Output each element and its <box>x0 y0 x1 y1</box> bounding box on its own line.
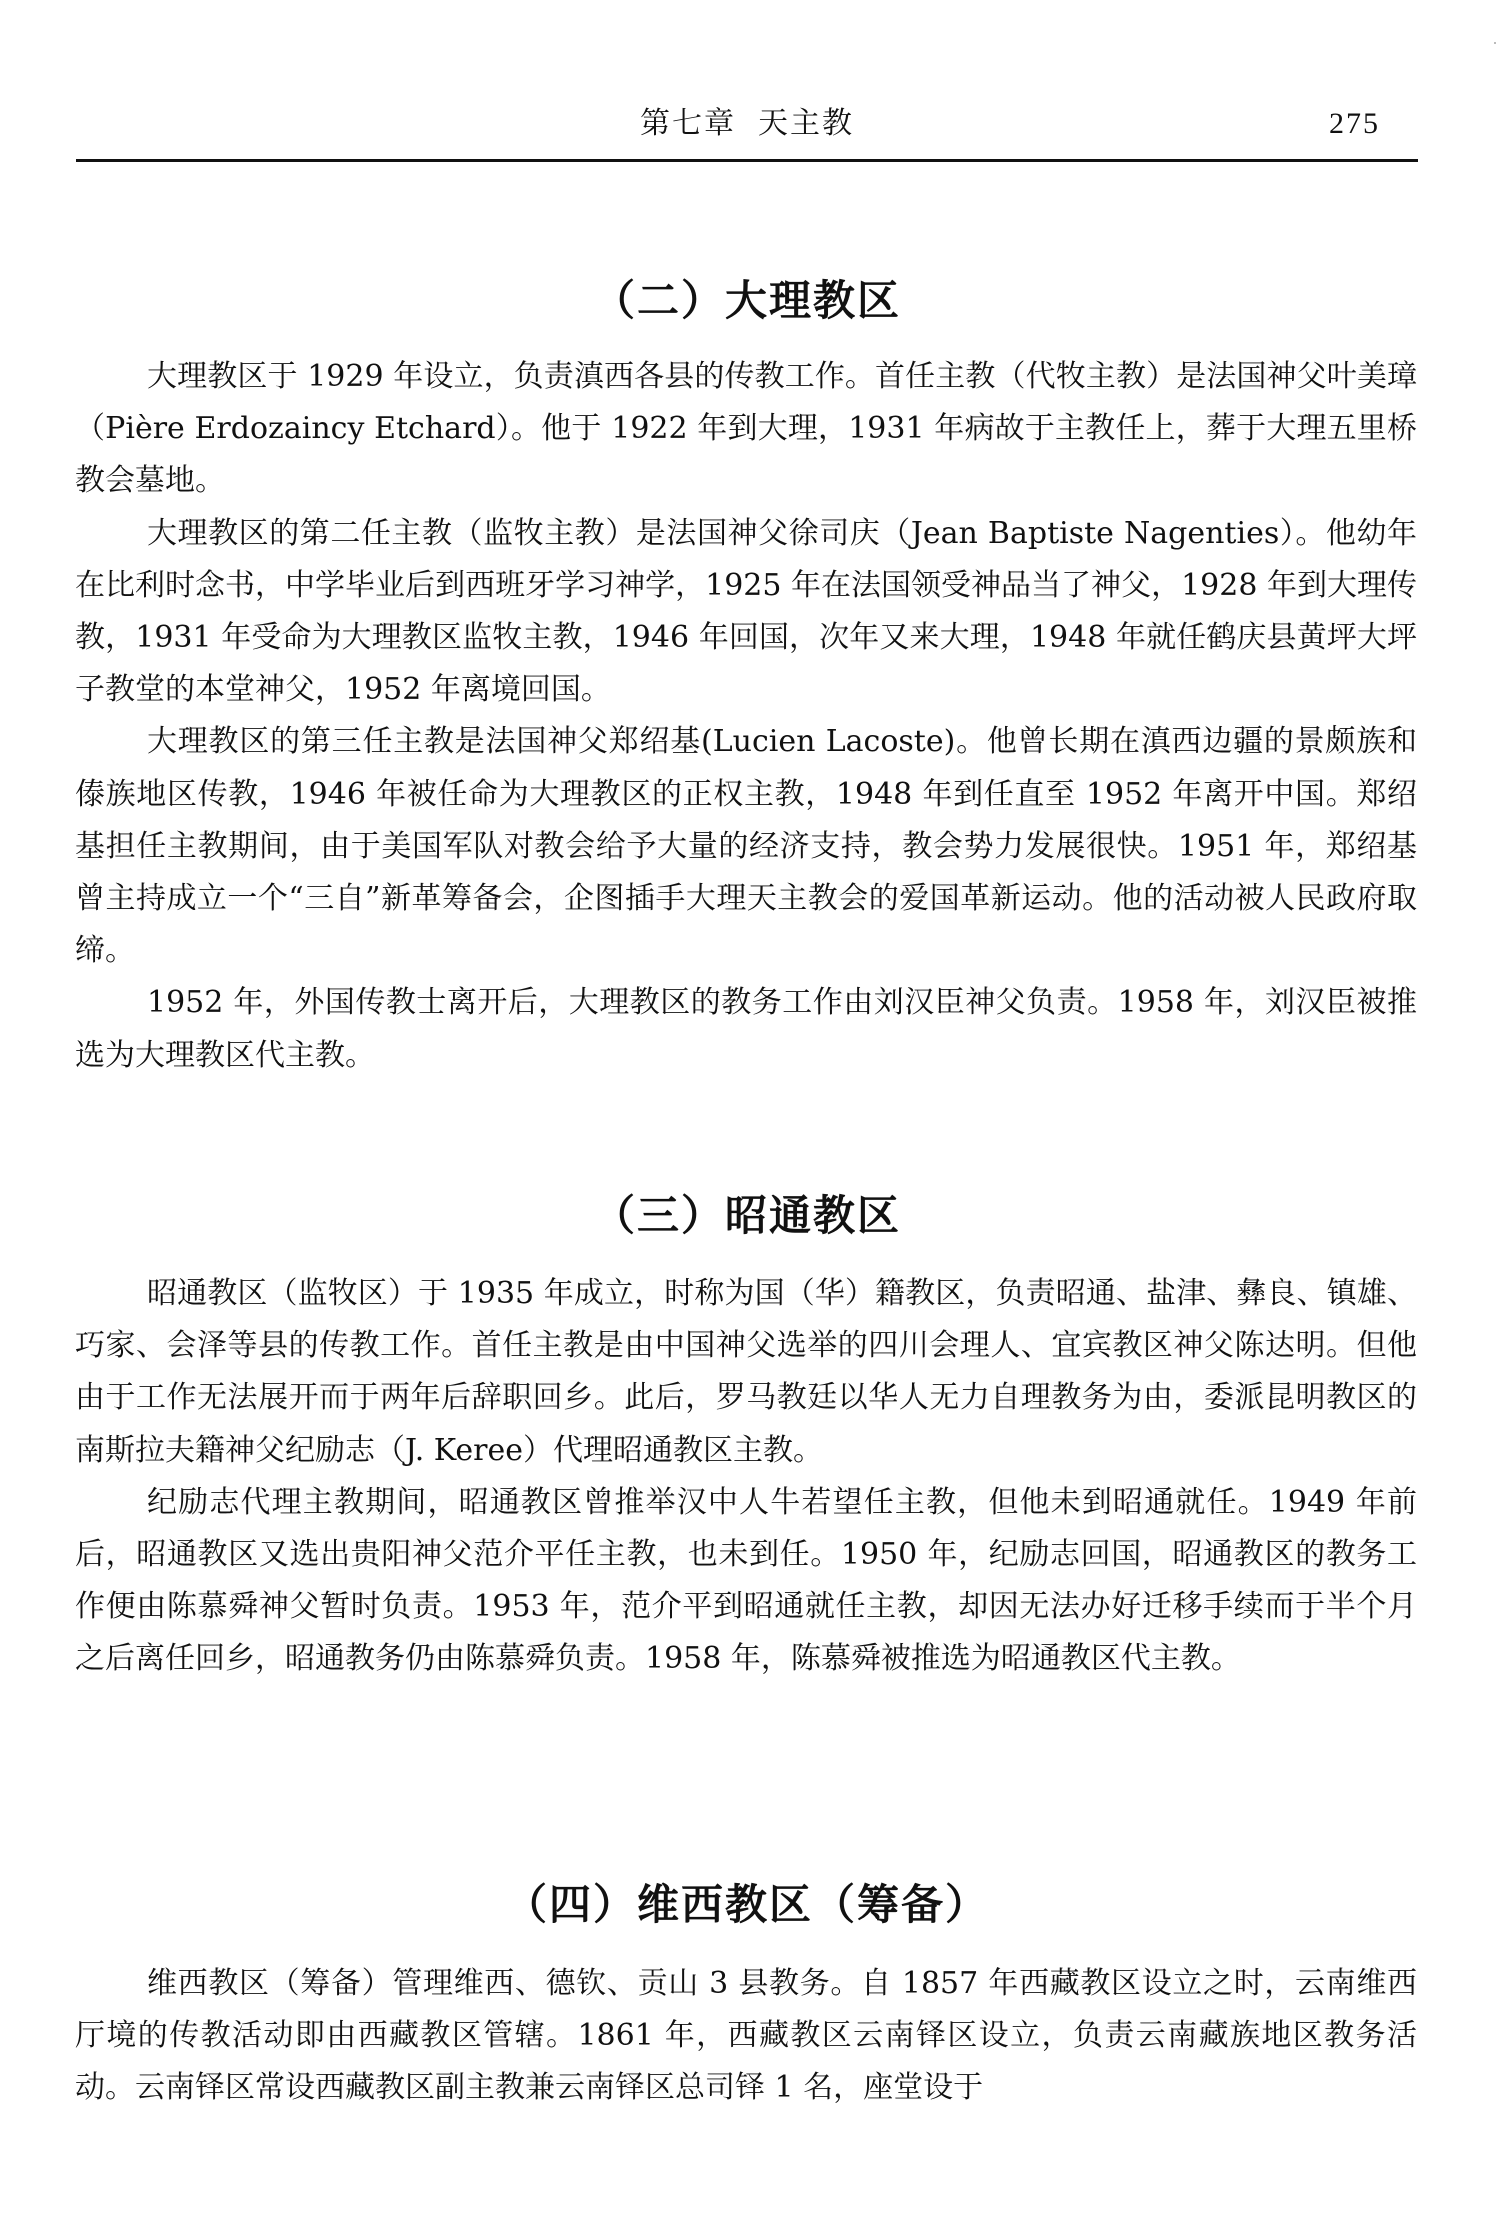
chapter-name: 天主教 <box>758 106 854 141</box>
section-heading-weixi: （四）维西教区（筹备） <box>76 1877 1418 1933</box>
paragraph: 维西教区（筹备）管理维西、德钦、贡山 3 县教务。自 1857 年西藏教区设立之… <box>75 1958 1417 2115</box>
section-body-dali: 大理教区于 1929 年设立，负责滇西各县的传教工作。首任主教（代牧主教）是法国… <box>75 351 1417 1082</box>
paragraph: 1952 年，外国传教士离开后，大理教区的教务工作由刘汉臣神父负责。1958 年… <box>75 977 1417 1081</box>
section-body-zhaotong: 昭通教区（监牧区）于 1935 年成立，时称为国（华）籍教区，负责昭通、盐津、彝… <box>75 1268 1417 1686</box>
section-heading-zhaotong: （三）昭通教区 <box>76 1188 1418 1244</box>
header-rule <box>76 159 1418 162</box>
paragraph: 大理教区的第三任主教是法国神父郑绍基(Lucien Lacoste)。他曾长期在… <box>75 716 1417 977</box>
section-heading-dali: （二）大理教区 <box>76 273 1418 329</box>
page-number: 275 <box>1329 104 1380 144</box>
paragraph: 大理教区的第二任主教（监牧主教）是法国神父徐司庆（Jean Baptiste N… <box>75 508 1417 717</box>
paragraph: 纪励志代理主教期间，昭通教区曾推举汉中人牛若望任主教，但他未到昭通就任。1949… <box>75 1477 1417 1686</box>
paragraph: 昭通教区（监牧区）于 1935 年成立，时称为国（华）籍教区，负责昭通、盐津、彝… <box>75 1268 1417 1477</box>
running-head: 第七章天主教 275 <box>76 104 1418 144</box>
chapter-title: 第七章天主教 <box>76 104 1418 144</box>
scan-artifact <box>1494 42 1496 44</box>
section-body-weixi: 维西教区（筹备）管理维西、德钦、贡山 3 县教务。自 1857 年西藏教区设立之… <box>75 1958 1417 2115</box>
chapter-number: 第七章 <box>640 106 736 141</box>
paragraph: 大理教区于 1929 年设立，负责滇西各县的传教工作。首任主教（代牧主教）是法国… <box>75 351 1417 508</box>
